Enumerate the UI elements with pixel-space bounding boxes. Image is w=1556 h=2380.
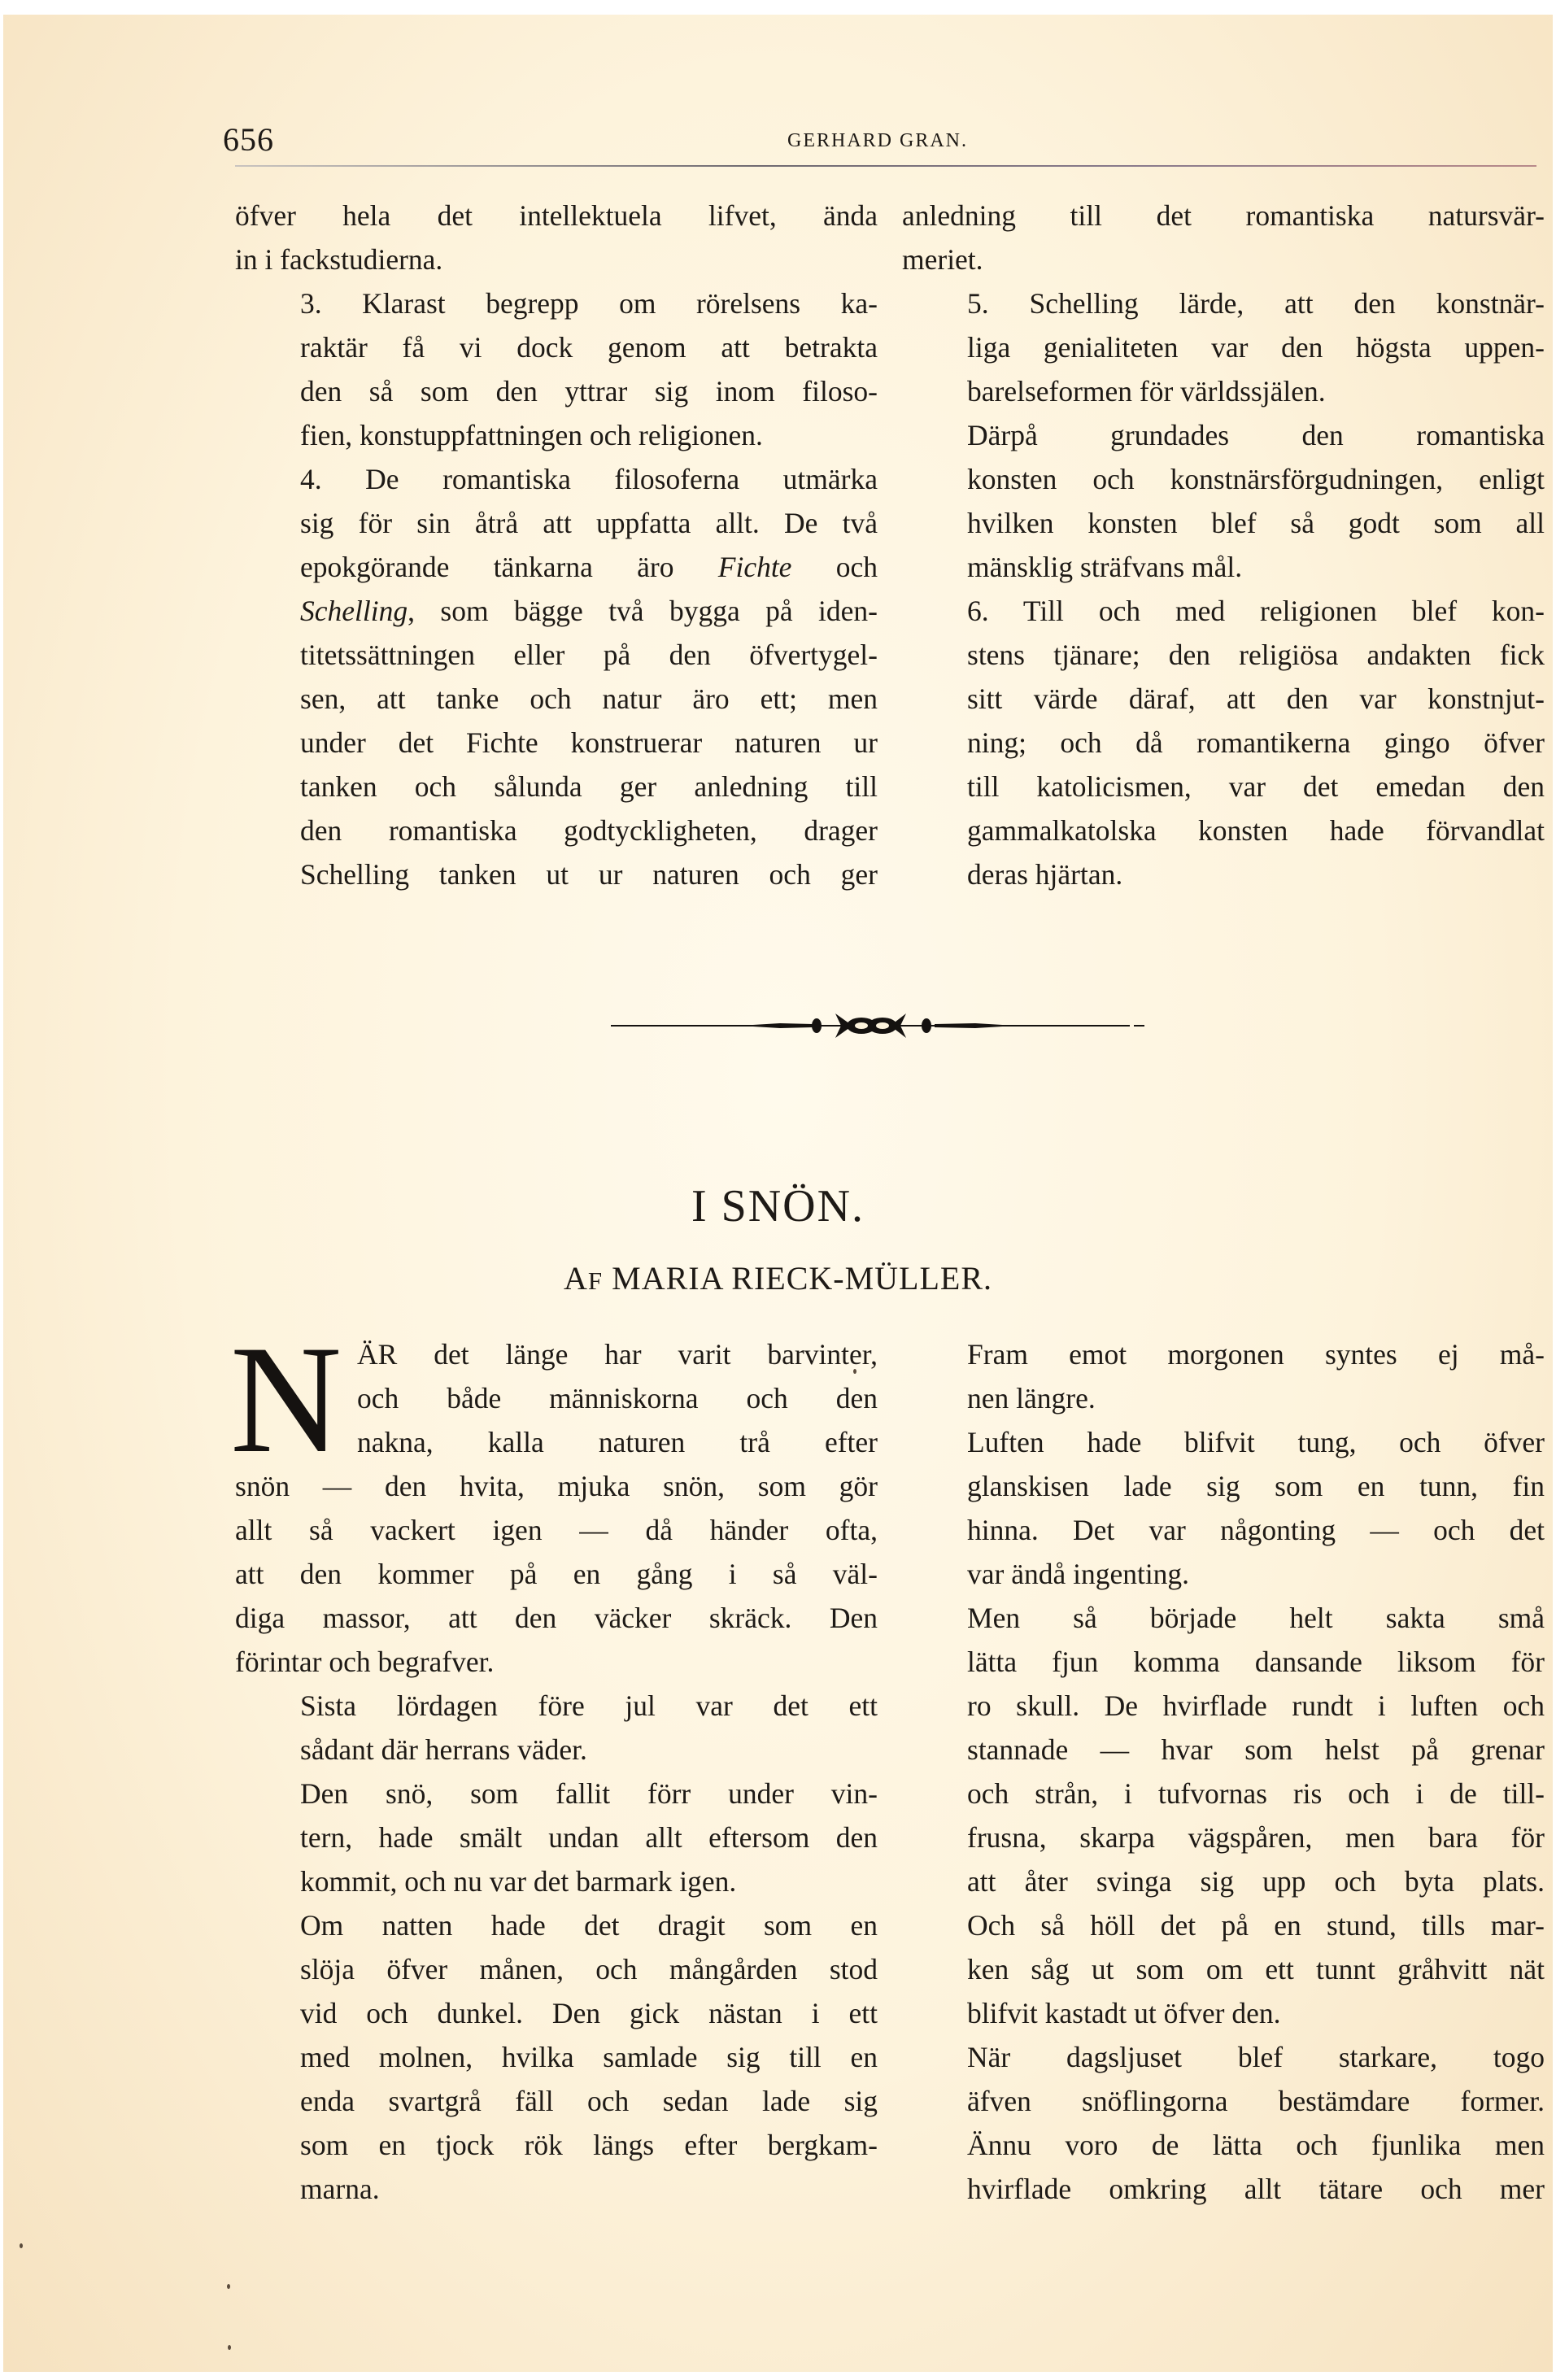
text-line: hinna. Det var någonting — och det (902, 1508, 1545, 1552)
text-line: mänsklig sträfvans mål. (902, 545, 1545, 589)
paragraph: Sista lördagen före jul var det ett såda… (235, 1684, 878, 1772)
text-line: deras hjärtan. (902, 852, 1545, 896)
text-line: titetssättningen eller på den öfvertygel… (235, 633, 878, 677)
text-line: anledning till det romantiska natursvär- (902, 194, 1545, 238)
text-line: ning; och då romantikerna gingo öfver (902, 721, 1545, 765)
story-column-right: Fram emot morgonen syntes ej må- nen län… (902, 1332, 1545, 2211)
text-line: epokgörande tänkarna äro Fichte och (235, 545, 878, 589)
paragraph: Om natten hade det dragit som en slöja ö… (235, 1903, 878, 2211)
paragraph: öfver hela det intellektuela lifvet, änd… (235, 194, 878, 281)
text-line: Om natten hade det dragit som en (235, 1903, 878, 1947)
text-line: och strån, i tufvornas ris och i de till… (902, 1772, 1545, 1816)
text-line: lätta fjun komma dansande liksom för (902, 1640, 1545, 1684)
running-head: 656 GERHARD GRAN. (223, 120, 1532, 169)
paragraph: Den snö, som fallit förr under vin- tern… (235, 1772, 878, 1903)
paper-speck (228, 2345, 231, 2350)
name-schelling: Schelling (300, 595, 408, 627)
text-line: till katolicismen, var det emedan den (902, 765, 1545, 809)
text-line: Schelling tanken ut ur naturen och ger (235, 852, 878, 896)
text-line: Schelling, som bägge två bygga på iden- (235, 589, 878, 633)
paper-speck (20, 2243, 23, 2248)
text-line: marna. (235, 2167, 878, 2211)
text-line: hvirflade omkring allt tätare och mer (902, 2167, 1545, 2211)
text-line: öfver hela det intellektuela lifvet, änd… (235, 194, 878, 238)
text-line: blifvit kastadt ut öfver den. (902, 1991, 1545, 2035)
paragraph: När dagsljuset blef starkare, togo äfven… (902, 2035, 1545, 2211)
text-line: Sista lördagen före jul var det ett (235, 1684, 878, 1728)
text-line: äfven snöflingorna bestämdare former. (902, 2079, 1545, 2123)
paragraph: Luften hade blifvit tung, och öfver glan… (902, 1420, 1545, 1596)
text-line: diga massor, att den väcker skräck. Den (235, 1596, 878, 1640)
text-line: frusna, skarpa vägspåren, men bara för (902, 1816, 1545, 1859)
text-line: glanskisen lade sig som en tunn, fin (902, 1464, 1545, 1508)
text-line: tern, hade smält undan allt eftersom den (235, 1816, 878, 1859)
text-line: under det Fichte konstruerar naturen ur (235, 721, 878, 765)
text-line: Den snö, som fallit förr under vin- (235, 1772, 878, 1816)
text-line: barelseformen för världssjälen. (902, 369, 1545, 413)
text-line: När dagsljuset blef starkare, togo (902, 2035, 1545, 2079)
text-line: tanken och sålunda ger anledning till (235, 765, 878, 809)
text-line: Därpå grundades den romantiska (902, 413, 1545, 457)
story-title: I SNÖN. (3, 1180, 1553, 1232)
text-line: Och så höll det på en stund, tills mar- (902, 1903, 1545, 1947)
text-line: som en tjock rök längs efter bergkam- (235, 2123, 878, 2167)
text-line: snön — den hvita, mjuka snön, som gör (235, 1464, 878, 1508)
text-line: Ännu voro de lätta och fjunlika men (902, 2123, 1545, 2167)
paragraph: anledning till det romantiska natursvär-… (902, 194, 1545, 281)
text-line: att åter svinga sig upp och byta plats. (902, 1859, 1545, 1903)
text-line: den romantiska godtyckligheten, drager (235, 809, 878, 852)
story-column-left: N ÄR det länge har varit barvinter, och … (235, 1332, 878, 2211)
author-name: MARIA RIECK-MÜLLER. (603, 1260, 992, 1297)
opening-paragraph: N ÄR det länge har varit barvinter, och … (235, 1332, 878, 1684)
text-line: hvilken konsten blef så godt som all (902, 501, 1545, 545)
text-line: sig för sin åtrå att uppfatta allt. De t… (235, 501, 878, 545)
paragraph-3: 3. Klarast begrepp om rörelsens ka- rakt… (235, 281, 878, 457)
text-line: med molnen, hvilka samlade sig till en (235, 2035, 878, 2079)
text-line: raktär få vi dock genom att betrakta (235, 325, 878, 369)
paragraph: Men så började helt sakta små lätta fjun… (902, 1596, 1545, 2035)
header-rule (235, 165, 1536, 167)
paragraph-6: 6. Till och med religionen blef kon- ste… (902, 589, 1545, 896)
text-line: förintar och begrafver. (235, 1640, 878, 1684)
text-line: 3. Klarast begrepp om rörelsens ka- (235, 281, 878, 325)
text-line: ro skull. De hvirflade rundt i luften oc… (902, 1684, 1545, 1728)
text-line: konsten och konstnärsförgudningen, enlig… (902, 457, 1545, 501)
running-title: GERHARD GRAN. (223, 130, 1532, 152)
paragraph: Fram emot morgonen syntes ej må- nen län… (902, 1332, 1545, 1420)
text-line: fien, konstuppfattningen och religionen. (235, 413, 878, 457)
paper-speck (853, 1369, 856, 1374)
text-line: enda svartgrå fäll och sedan lade sig (235, 2079, 878, 2123)
text-line: att den kommer på en gång i så väl- (235, 1552, 878, 1596)
text-line: Luften hade blifvit tung, och öfver (902, 1420, 1545, 1464)
text-line: kommit, och nu var det barmark igen. (235, 1859, 878, 1903)
text-line: sen, att tanke och natur äro ett; men (235, 677, 878, 721)
text-line: allt så vackert igen — då händer ofta, (235, 1508, 878, 1552)
text-line: meriet. (902, 238, 1545, 281)
essay-column-right: anledning till det romantiska natursvär-… (902, 194, 1545, 896)
text-line: stens tjänare; den religiösa andakten fi… (902, 633, 1545, 677)
text-line: 6. Till och med religionen blef kon- (902, 589, 1545, 633)
paragraph: Därpå grundades den romantiska konsten o… (902, 413, 1545, 589)
text-line: Fram emot morgonen syntes ej må- (902, 1332, 1545, 1376)
text-line: 5. Schelling lärde, att den konstnär- (902, 281, 1545, 325)
decorative-rule-ornament-icon (609, 1005, 1146, 1046)
text-line: vid och dunkel. Den gick nästan i ett (235, 1991, 878, 2035)
story-byline: AF MARIA RIECK-MÜLLER. (3, 1259, 1553, 1297)
text-line: nen längre. (902, 1376, 1545, 1420)
paragraph-5: 5. Schelling lärde, att den konstnär- li… (902, 281, 1545, 413)
paper-speck (227, 2284, 230, 2289)
text-line: gammalkatolska konsten hade förvandlat (902, 809, 1545, 852)
text-line: slöja öfver månen, och mångården stod (235, 1947, 878, 1991)
drop-cap: N (230, 1339, 352, 1461)
text-line: sådant där herrans väder. (235, 1728, 878, 1772)
text-line: sitt värde däraf, att den var konstnjut- (902, 677, 1545, 721)
essay-column-left: öfver hela det intellektuela lifvet, änd… (235, 194, 878, 896)
text-line: liga genialiteten var den högsta uppen- (902, 325, 1545, 369)
text-line: stannade — hvar som helst på grenar (902, 1728, 1545, 1772)
text-line: ken såg ut som om ett tunnt gråhvitt nät (902, 1947, 1545, 1991)
book-page: 656 GERHARD GRAN. öfver hela det intelle… (3, 15, 1553, 2372)
name-fichte: Fichte (718, 551, 792, 583)
paragraph-4: 4. De romantiska filosoferna utmärka sig… (235, 457, 878, 896)
text-line: in i fackstudierna. (235, 238, 878, 281)
text-line: 4. De romantiska filosoferna utmärka (235, 457, 878, 501)
text-line: var ändå ingenting. (902, 1552, 1545, 1596)
text-line: den så som den yttrar sig inom filoso- (235, 369, 878, 413)
text-line: Men så började helt sakta små (902, 1596, 1545, 1640)
